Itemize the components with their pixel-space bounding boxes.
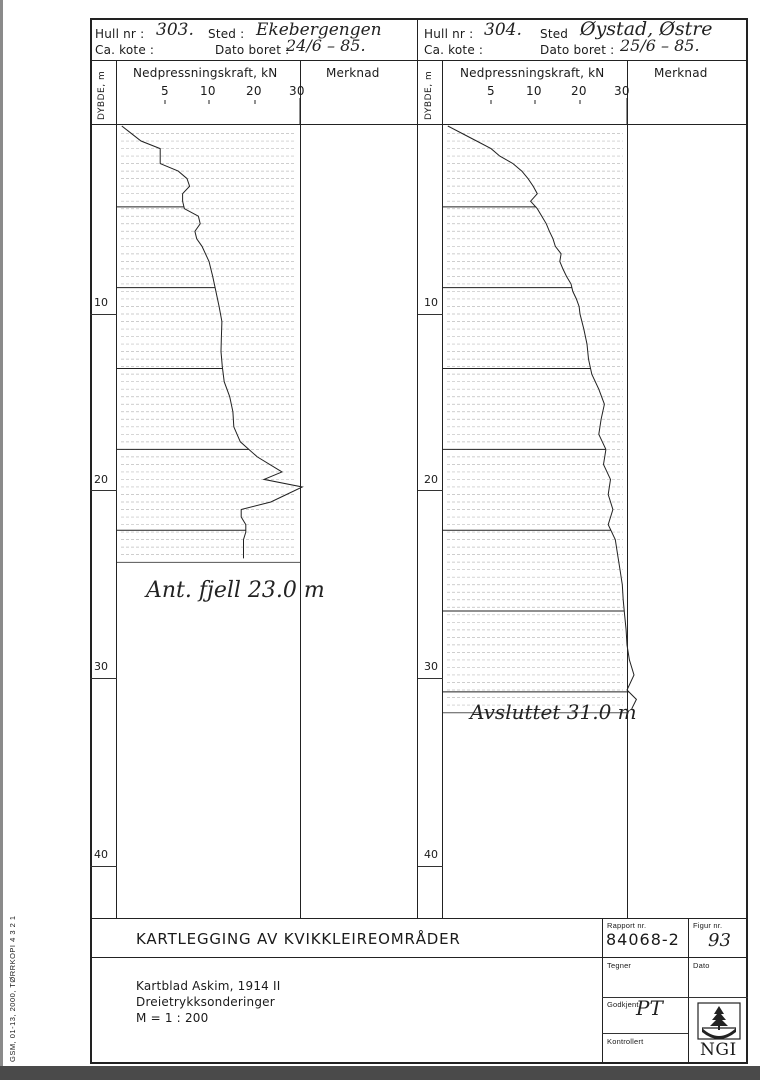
right-sounding-profile bbox=[0, 0, 760, 1080]
left-end-note: Ant. fjell 23.0 m bbox=[146, 578, 325, 603]
title-block-col1 bbox=[602, 918, 603, 1064]
figur-label: Figur nr. bbox=[693, 921, 722, 930]
ngi-logo-text: NGI bbox=[700, 1040, 737, 1060]
kontrollert-label: Kontrollert bbox=[607, 1037, 643, 1046]
rapport-label: Rapport nr. bbox=[607, 921, 646, 930]
description-line-3: M = 1 : 200 bbox=[136, 1011, 208, 1025]
figur-value: 93 bbox=[708, 930, 731, 951]
godkjent-value: PT bbox=[636, 996, 663, 1020]
right-end-note: Avsluttet 31.0 m bbox=[470, 700, 637, 724]
rapport-value: 84068-2 bbox=[606, 930, 680, 949]
tree-icon bbox=[697, 1002, 741, 1042]
title-block-row2 bbox=[602, 997, 748, 998]
project-title: KARTLEGGING AV KVIKKLEIREOMRÅDER bbox=[136, 930, 461, 948]
title-block-row3 bbox=[602, 1033, 688, 1034]
title-block-col2 bbox=[688, 918, 689, 1064]
godkjent-label: Godkjent bbox=[607, 1000, 639, 1009]
description-line-2: Dreietrykksonderinger bbox=[136, 995, 275, 1009]
tegner-label: Tegner bbox=[607, 961, 631, 970]
description-line-1: Kartblad Askim, 1914 II bbox=[136, 979, 280, 993]
ngi-logo: NGI bbox=[697, 1002, 741, 1060]
dato-label: Dato bbox=[693, 961, 710, 970]
title-block-row1 bbox=[90, 957, 748, 958]
